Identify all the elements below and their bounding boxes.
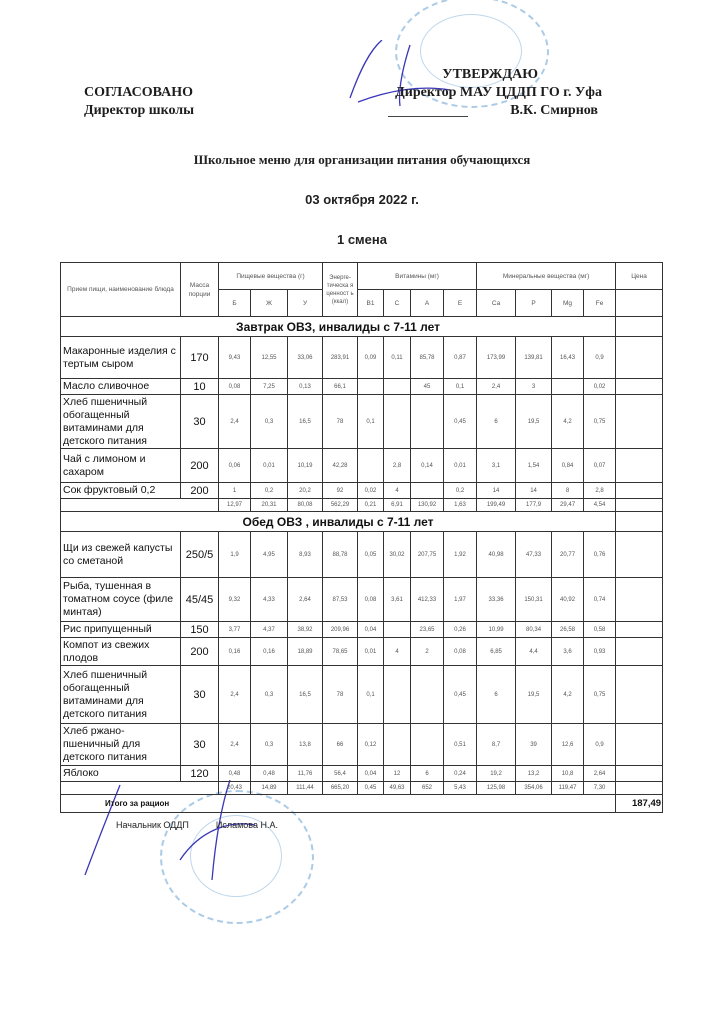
dish-name: Макаронные изделия с тертым сыром bbox=[61, 337, 181, 379]
price-cell bbox=[616, 666, 663, 724]
price-cell bbox=[616, 337, 663, 379]
dish-name: Сок фруктовый 0,2 bbox=[61, 483, 181, 499]
value-c: 0,11 bbox=[384, 337, 411, 379]
price-cell bbox=[616, 724, 663, 766]
value-mg: 26,58 bbox=[552, 622, 584, 638]
value-ca: 33,36 bbox=[477, 578, 516, 622]
value-ca: 6 bbox=[477, 395, 516, 449]
header-fe: Fe bbox=[584, 290, 616, 317]
table-row: Макаронные изделия с тертым сыром1709,43… bbox=[61, 337, 663, 379]
value-mg: 16,43 bbox=[552, 337, 584, 379]
grand-total-value: 187,49 bbox=[616, 795, 663, 813]
value-u: 16,5 bbox=[288, 666, 323, 724]
value-e: 0,45 bbox=[444, 395, 477, 449]
value-mg: 40,92 bbox=[552, 578, 584, 622]
value-c bbox=[384, 622, 411, 638]
value-u: 18,89 bbox=[288, 638, 323, 666]
value-mg: 0,84 bbox=[552, 449, 584, 483]
header-price: Цена bbox=[616, 263, 663, 290]
value-a bbox=[411, 724, 444, 766]
value-u: 38,92 bbox=[288, 622, 323, 638]
table-row: Масло сливочное100,087,250,1366,1450,12,… bbox=[61, 379, 663, 395]
value-e: 0,08 bbox=[444, 638, 477, 666]
value-p: 39 bbox=[516, 724, 552, 766]
table-row: Щи из свежей капусты со сметаной250/51,9… bbox=[61, 532, 663, 578]
price-cell bbox=[616, 766, 663, 782]
value-kcal: 66 bbox=[323, 724, 358, 766]
dish-mass: 200 bbox=[181, 483, 219, 499]
value-c: 4 bbox=[384, 483, 411, 499]
signer-position: Начальник ОДДП bbox=[116, 820, 189, 830]
value-ca: 173,99 bbox=[477, 337, 516, 379]
value-fe: 2,8 bbox=[584, 483, 616, 499]
total-mg: 119,47 bbox=[552, 782, 584, 795]
total-p: 177,9 bbox=[516, 499, 552, 512]
breakfast-total-row: 12,9720,3180,08562,290,216,91130,921,631… bbox=[61, 499, 663, 512]
value-fe: 0,93 bbox=[584, 638, 616, 666]
value-e: 1,92 bbox=[444, 532, 477, 578]
value-ca: 6 bbox=[477, 666, 516, 724]
menu-table: Прием пищи, наименование блюда Масса пор… bbox=[60, 262, 663, 813]
total-e: 5,43 bbox=[444, 782, 477, 795]
value-u: 33,06 bbox=[288, 337, 323, 379]
approve-name: В.К. Смирнов bbox=[392, 102, 602, 120]
value-e: 0,87 bbox=[444, 337, 477, 379]
table-row: Сок фруктовый 0,220010,220,2920,0240,214… bbox=[61, 483, 663, 499]
value-p: 47,33 bbox=[516, 532, 552, 578]
price-cell bbox=[616, 782, 663, 795]
value-b: 2,4 bbox=[219, 395, 251, 449]
total-ca: 199,49 bbox=[477, 499, 516, 512]
total-kcal: 665,20 bbox=[323, 782, 358, 795]
table-row: Компот из свежих плодов2000,160,1618,897… bbox=[61, 638, 663, 666]
value-c bbox=[384, 666, 411, 724]
value-e: 0,26 bbox=[444, 622, 477, 638]
value-fe: 2,64 bbox=[584, 766, 616, 782]
header-b1: B1 bbox=[358, 290, 384, 317]
value-c bbox=[384, 724, 411, 766]
total-a: 652 bbox=[411, 782, 444, 795]
header-energy: Энерге-тическа я ценност ь (ккал) bbox=[323, 263, 358, 317]
header-vitamins: Витамины (мг) bbox=[358, 263, 477, 290]
breakfast-section-title: Завтрак ОВЗ, инвалиды с 7-11 лет bbox=[61, 317, 616, 337]
value-e: 0,1 bbox=[444, 379, 477, 395]
agreed-position: Директор школы bbox=[84, 102, 194, 120]
value-zh: 4,37 bbox=[251, 622, 288, 638]
dish-mass: 170 bbox=[181, 337, 219, 379]
signer-block: Начальник ОДДП Исламова Н.А. bbox=[116, 820, 278, 830]
dish-mass: 200 bbox=[181, 638, 219, 666]
price-cell bbox=[616, 499, 663, 512]
agreed-title: СОГЛАСОВАНО bbox=[84, 84, 194, 102]
header-minerals: Минеральные вещества (мг) bbox=[477, 263, 616, 290]
approve-title: УТВЕРЖДАЮ bbox=[392, 66, 602, 84]
value-c: 12 bbox=[384, 766, 411, 782]
table-row: Яблоко1200,480,4811,7656,40,041260,2419,… bbox=[61, 766, 663, 782]
value-zh: 12,55 bbox=[251, 337, 288, 379]
value-kcal: 283,91 bbox=[323, 337, 358, 379]
breakfast-section-row: Завтрак ОВЗ, инвалиды с 7-11 лет bbox=[61, 317, 663, 337]
table-row: Рыба, тушенная в томатном соусе (филе ми… bbox=[61, 578, 663, 622]
header-e: E bbox=[444, 290, 477, 317]
grand-total-label: Итого за рацион bbox=[61, 795, 616, 813]
value-e: 0,2 bbox=[444, 483, 477, 499]
value-ca: 40,98 bbox=[477, 532, 516, 578]
header-ca: Ca bbox=[477, 290, 516, 317]
value-b: 2,4 bbox=[219, 724, 251, 766]
value-zh: 0,3 bbox=[251, 724, 288, 766]
value-zh: 4,33 bbox=[251, 578, 288, 622]
value-b1: 0,04 bbox=[358, 622, 384, 638]
table-row: Хлеб пшеничный обогащенный витаминами дл… bbox=[61, 395, 663, 449]
value-c: 30,02 bbox=[384, 532, 411, 578]
value-kcal: 78 bbox=[323, 666, 358, 724]
total-b: 20,43 bbox=[219, 782, 251, 795]
total-u: 80,08 bbox=[288, 499, 323, 512]
value-b1 bbox=[358, 449, 384, 483]
value-c: 4 bbox=[384, 638, 411, 666]
value-b: 0,48 bbox=[219, 766, 251, 782]
value-kcal: 42,28 bbox=[323, 449, 358, 483]
total-ca: 125,98 bbox=[477, 782, 516, 795]
value-e: 0,51 bbox=[444, 724, 477, 766]
value-zh: 4,95 bbox=[251, 532, 288, 578]
document-title: Школьное меню для организации питания об… bbox=[0, 152, 724, 168]
value-b: 2,4 bbox=[219, 666, 251, 724]
price-cell bbox=[616, 638, 663, 666]
dish-mass: 30 bbox=[181, 395, 219, 449]
total-kcal: 562,29 bbox=[323, 499, 358, 512]
lunch-section-title: Обед ОВЗ , инвалиды с 7-11 лет bbox=[61, 512, 616, 532]
total-c: 6,91 bbox=[384, 499, 411, 512]
value-b1: 0,02 bbox=[358, 483, 384, 499]
value-b1 bbox=[358, 379, 384, 395]
value-mg: 4,2 bbox=[552, 666, 584, 724]
value-zh: 0,3 bbox=[251, 666, 288, 724]
total-mg: 29,47 bbox=[552, 499, 584, 512]
dish-name: Щи из свежей капусты со сметаной bbox=[61, 532, 181, 578]
price-cell bbox=[616, 379, 663, 395]
dish-mass: 30 bbox=[181, 666, 219, 724]
value-u: 11,76 bbox=[288, 766, 323, 782]
value-kcal: 92 bbox=[323, 483, 358, 499]
value-b: 0,06 bbox=[219, 449, 251, 483]
value-a: 2 bbox=[411, 638, 444, 666]
value-p: 19,5 bbox=[516, 666, 552, 724]
dish-name: Чай с лимоном и сахаром bbox=[61, 449, 181, 483]
signature-line bbox=[388, 116, 468, 117]
dish-mass: 150 bbox=[181, 622, 219, 638]
value-p: 4,4 bbox=[516, 638, 552, 666]
dish-name: Масло сливочное bbox=[61, 379, 181, 395]
value-mg: 4,2 bbox=[552, 395, 584, 449]
approve-position: Директор МАУ ЦДДП ГО г. Уфа bbox=[392, 84, 602, 102]
value-b: 1 bbox=[219, 483, 251, 499]
price-cell bbox=[616, 622, 663, 638]
value-a: 0,14 bbox=[411, 449, 444, 483]
total-b1: 0,45 bbox=[358, 782, 384, 795]
header-nutrients: Пищевые вещества (г) bbox=[219, 263, 323, 290]
value-fe: 0,07 bbox=[584, 449, 616, 483]
total-fe: 4,54 bbox=[584, 499, 616, 512]
value-ca: 3,1 bbox=[477, 449, 516, 483]
header-p: P bbox=[516, 290, 552, 317]
value-kcal: 66,1 bbox=[323, 379, 358, 395]
value-p: 80,34 bbox=[516, 622, 552, 638]
value-b: 1,9 bbox=[219, 532, 251, 578]
value-a: 45 bbox=[411, 379, 444, 395]
value-a: 207,75 bbox=[411, 532, 444, 578]
value-kcal: 56,4 bbox=[323, 766, 358, 782]
value-e: 0,24 bbox=[444, 766, 477, 782]
value-fe: 0,9 bbox=[584, 724, 616, 766]
value-a: 6 bbox=[411, 766, 444, 782]
dish-mass: 10 bbox=[181, 379, 219, 395]
header-price-empty bbox=[616, 290, 663, 317]
value-p: 19,5 bbox=[516, 395, 552, 449]
dish-mass: 200 bbox=[181, 449, 219, 483]
value-fe: 0,74 bbox=[584, 578, 616, 622]
value-mg bbox=[552, 379, 584, 395]
value-fe: 0,9 bbox=[584, 337, 616, 379]
signer-name: Исламова Н.А. bbox=[216, 820, 278, 830]
table-row: Хлеб ржано-пшеничный для детского питани… bbox=[61, 724, 663, 766]
dish-name: Хлеб пшеничный обогащенный витаминами дл… bbox=[61, 395, 181, 449]
value-zh: 0,3 bbox=[251, 395, 288, 449]
approve-block: УТВЕРЖДАЮ Директор МАУ ЦДДП ГО г. Уфа В.… bbox=[392, 66, 602, 120]
value-a: 85,78 bbox=[411, 337, 444, 379]
value-b: 0,16 bbox=[219, 638, 251, 666]
value-zh: 0,01 bbox=[251, 449, 288, 483]
dish-name: Компот из свежих плодов bbox=[61, 638, 181, 666]
value-u: 8,93 bbox=[288, 532, 323, 578]
value-b1: 0,1 bbox=[358, 666, 384, 724]
value-b1: 0,04 bbox=[358, 766, 384, 782]
value-c: 3,61 bbox=[384, 578, 411, 622]
value-fe: 0,75 bbox=[584, 395, 616, 449]
value-b: 3,77 bbox=[219, 622, 251, 638]
value-zh: 0,2 bbox=[251, 483, 288, 499]
value-e: 0,45 bbox=[444, 666, 477, 724]
value-mg: 12,6 bbox=[552, 724, 584, 766]
total-zh: 14,89 bbox=[251, 782, 288, 795]
value-e: 0,01 bbox=[444, 449, 477, 483]
total-a: 130,92 bbox=[411, 499, 444, 512]
value-b1: 0,1 bbox=[358, 395, 384, 449]
value-u: 0,13 bbox=[288, 379, 323, 395]
value-b: 9,32 bbox=[219, 578, 251, 622]
price-cell bbox=[616, 483, 663, 499]
dish-mass: 120 bbox=[181, 766, 219, 782]
dish-mass: 45/45 bbox=[181, 578, 219, 622]
value-p: 3 bbox=[516, 379, 552, 395]
menu-date: 03 октября 2022 г. bbox=[0, 192, 724, 207]
value-ca: 14 bbox=[477, 483, 516, 499]
price-cell bbox=[616, 395, 663, 449]
total-c: 49,63 bbox=[384, 782, 411, 795]
value-fe: 0,58 bbox=[584, 622, 616, 638]
total-zh: 20,31 bbox=[251, 499, 288, 512]
value-p: 14 bbox=[516, 483, 552, 499]
value-fe: 0,75 bbox=[584, 666, 616, 724]
value-b1: 0,01 bbox=[358, 638, 384, 666]
table-row: Хлеб пшеничный обогащенный витаминами дл… bbox=[61, 666, 663, 724]
value-mg: 10,8 bbox=[552, 766, 584, 782]
header-protein: Б bbox=[219, 290, 251, 317]
lunch-section-row: Обед ОВЗ , инвалиды с 7-11 лет bbox=[61, 512, 663, 532]
value-mg: 20,77 bbox=[552, 532, 584, 578]
header-carbs: У bbox=[288, 290, 323, 317]
value-ca: 2,4 bbox=[477, 379, 516, 395]
value-a: 23,65 bbox=[411, 622, 444, 638]
header-c: C bbox=[384, 290, 411, 317]
value-u: 13,8 bbox=[288, 724, 323, 766]
value-a: 412,33 bbox=[411, 578, 444, 622]
agreed-block: СОГЛАСОВАНО Директор школы bbox=[84, 84, 194, 120]
value-kcal: 78 bbox=[323, 395, 358, 449]
value-c: 2,8 bbox=[384, 449, 411, 483]
price-cell bbox=[616, 449, 663, 483]
value-u: 10,19 bbox=[288, 449, 323, 483]
value-ca: 10,99 bbox=[477, 622, 516, 638]
value-kcal: 87,53 bbox=[323, 578, 358, 622]
dish-mass: 30 bbox=[181, 724, 219, 766]
value-a bbox=[411, 483, 444, 499]
value-p: 139,81 bbox=[516, 337, 552, 379]
value-a bbox=[411, 666, 444, 724]
value-mg: 8 bbox=[552, 483, 584, 499]
value-b: 9,43 bbox=[219, 337, 251, 379]
value-u: 16,5 bbox=[288, 395, 323, 449]
total-e: 1,63 bbox=[444, 499, 477, 512]
value-b1: 0,12 bbox=[358, 724, 384, 766]
value-b1: 0,08 bbox=[358, 578, 384, 622]
value-u: 20,2 bbox=[288, 483, 323, 499]
value-b: 0,08 bbox=[219, 379, 251, 395]
value-kcal: 209,96 bbox=[323, 622, 358, 638]
header-fat: Ж bbox=[251, 290, 288, 317]
dish-name: Хлеб пшеничный обогащенный витаминами дл… bbox=[61, 666, 181, 724]
value-kcal: 88,78 bbox=[323, 532, 358, 578]
dish-name: Яблоко bbox=[61, 766, 181, 782]
header-mass: Масса порции bbox=[181, 263, 219, 317]
value-fe: 0,76 bbox=[584, 532, 616, 578]
value-zh: 7,25 bbox=[251, 379, 288, 395]
price-cell bbox=[616, 532, 663, 578]
total-b: 12,97 bbox=[219, 499, 251, 512]
total-label-empty bbox=[61, 782, 219, 795]
table-row: Рис припущенный1503,774,3738,92209,960,0… bbox=[61, 622, 663, 638]
value-zh: 0,48 bbox=[251, 766, 288, 782]
value-p: 1,54 bbox=[516, 449, 552, 483]
value-mg: 3,6 bbox=[552, 638, 584, 666]
total-b1: 0,21 bbox=[358, 499, 384, 512]
value-b1: 0,09 bbox=[358, 337, 384, 379]
price-cell bbox=[616, 317, 663, 337]
price-cell bbox=[616, 578, 663, 622]
value-ca: 19,2 bbox=[477, 766, 516, 782]
dish-name: Рыба, тушенная в томатном соусе (филе ми… bbox=[61, 578, 181, 622]
total-p: 354,06 bbox=[516, 782, 552, 795]
value-ca: 6,85 bbox=[477, 638, 516, 666]
total-fe: 7,30 bbox=[584, 782, 616, 795]
table-row: Чай с лимоном и сахаром2000,060,0110,194… bbox=[61, 449, 663, 483]
value-c bbox=[384, 395, 411, 449]
value-p: 150,31 bbox=[516, 578, 552, 622]
total-label-empty bbox=[61, 499, 219, 512]
value-b1: 0,05 bbox=[358, 532, 384, 578]
dish-name: Рис припущенный bbox=[61, 622, 181, 638]
value-zh: 0,16 bbox=[251, 638, 288, 666]
value-p: 13,2 bbox=[516, 766, 552, 782]
lunch-total-row: 20,4314,89111,44665,200,4549,636525,4312… bbox=[61, 782, 663, 795]
grand-total-row: Итого за рацион187,49 bbox=[61, 795, 663, 813]
header-name: Прием пищи, наименование блюда bbox=[61, 263, 181, 317]
value-u: 2,64 bbox=[288, 578, 323, 622]
total-u: 111,44 bbox=[288, 782, 323, 795]
value-e: 1,97 bbox=[444, 578, 477, 622]
header-mg: Mg bbox=[552, 290, 584, 317]
dish-mass: 250/5 bbox=[181, 532, 219, 578]
value-kcal: 78,65 bbox=[323, 638, 358, 666]
value-ca: 8,7 bbox=[477, 724, 516, 766]
shift-label: 1 смена bbox=[0, 232, 724, 247]
value-c bbox=[384, 379, 411, 395]
price-cell bbox=[616, 512, 663, 532]
dish-name: Хлеб ржано-пшеничный для детского питани… bbox=[61, 724, 181, 766]
header-a: A bbox=[411, 290, 444, 317]
value-fe: 0,02 bbox=[584, 379, 616, 395]
value-a bbox=[411, 395, 444, 449]
